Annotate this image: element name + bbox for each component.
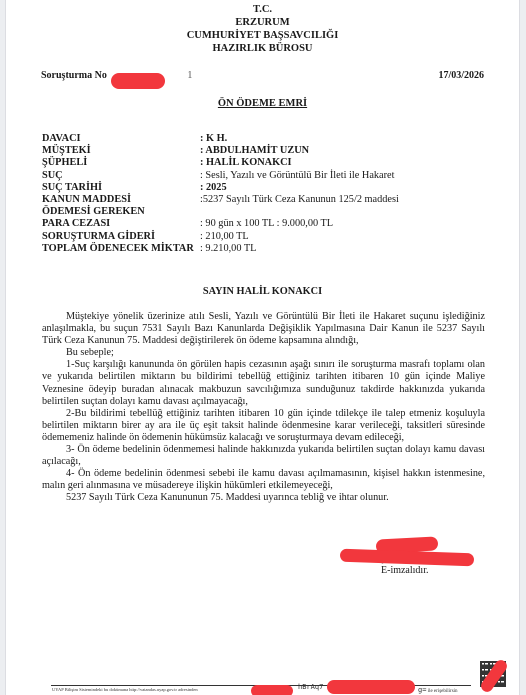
field-row: ŞÜPHELİ: HALİL KONAKCI [42, 157, 399, 169]
field-row: DAVACI: K H. [42, 133, 399, 145]
header-line-bureau: HAZIRLIK BÜROSU [6, 42, 519, 55]
field-label: TOPLAM ÖDENECEK MİKTAR [42, 243, 200, 255]
e-signature-note: E-imzalıdır. [381, 565, 429, 576]
header-line-office: CUMHURİYET BAŞSAVCILIĞI [6, 29, 519, 42]
field-label: DAVACI [42, 133, 200, 145]
body-paragraph: Müştekiye yönelik üzerinize atılı Sesli,… [42, 311, 485, 347]
field-label: MÜŞTEKİ [42, 145, 200, 157]
field-row: KANUN MADDESİ:5237 Sayılı Türk Ceza Kanu… [42, 194, 399, 206]
field-value: : 90 gün x 100 TL : 9.000,00 TL [200, 218, 333, 230]
body-paragraph: 4- Ön ödeme bedelinin ödenmesi sebebi il… [42, 468, 485, 492]
e-signature-text: E-imzalıdır. [381, 565, 429, 576]
field-label: PARA CEZASI [42, 218, 200, 230]
field-label: SUÇ TARİHİ [42, 182, 200, 194]
body-paragraph: 2-Bu bildirimi tebellüğ ettiğiniz tariht… [42, 408, 485, 444]
order-body: Müştekiye yönelik üzerinize atılı Sesli,… [42, 311, 485, 505]
field-label: SUÇ [42, 170, 200, 182]
document-page: T.C. ERZURUM CUMHURİYET BAŞSAVCILIĞI HAZ… [5, 0, 520, 695]
footer-code-end: g= [418, 686, 426, 694]
body-paragraph: 5237 Sayılı Türk Ceza Kanununun 75. Madd… [42, 492, 485, 504]
case-fields: DAVACI: K H.MÜŞTEKİ: ABDULHAMİT UZUNŞÜPH… [42, 133, 399, 255]
field-row: TOPLAM ÖDENECEK MİKTAR: 9.210,00 TL [42, 243, 399, 255]
header-line-tc: T.C. [6, 3, 519, 16]
field-row: ÖDEMESİ GEREKEN [42, 206, 399, 218]
field-label: ÖDEMESİ GEREKEN [42, 206, 200, 218]
investigation-label: Soruşturma No [41, 70, 107, 81]
footer-text: UYAP Bilişim Sistemindeki bu dokümana ht… [52, 687, 198, 692]
investigation-number-suffix: 1 [187, 70, 192, 81]
body-paragraph: 3- Ön ödeme bedelinin ödenmemesi halinde… [42, 444, 485, 468]
field-value: : 210,00 TL [200, 231, 249, 243]
investigation-number-redaction [111, 73, 165, 89]
investigation-row: Soruşturma No 1 17/03/2026 [41, 70, 484, 81]
field-value: : HALİL KONAKCI [200, 157, 292, 169]
field-label: SORUŞTURMA GİDERİ [42, 231, 200, 243]
header-line-city: ERZURUM [6, 16, 519, 29]
field-row: SORUŞTURMA GİDERİ: 210,00 TL [42, 231, 399, 243]
footer-suffix-text: ile erişebilirsin [428, 689, 458, 694]
field-value: : 2025 [200, 182, 227, 194]
field-value: :5237 Sayılı Türk Ceza Kanunun 125/2 mad… [200, 194, 399, 206]
field-label: ŞÜPHELİ [42, 157, 200, 169]
field-label: KANUN MADDESİ [42, 194, 200, 206]
footer-redaction-1 [251, 685, 293, 695]
body-paragraph: 1-Suç karşılığı kanununda ön görülen hap… [42, 359, 485, 407]
footer-suffix: g= ile erişebilirsin [418, 686, 458, 694]
document-title: ÖN ÖDEME EMRİ [6, 98, 519, 109]
footer-access-code: hBrAq7 [298, 683, 323, 691]
field-value: : Sesli, Yazılı ve Görüntülü Bir İleti i… [200, 170, 394, 182]
footer-redaction-2 [327, 680, 415, 694]
field-value: : K H. [200, 133, 227, 145]
field-row: SUÇ TARİHİ: 2025 [42, 182, 399, 194]
field-row: SUÇ: Sesli, Yazılı ve Görüntülü Bir İlet… [42, 170, 399, 182]
field-value: : ABDULHAMİT UZUN [200, 145, 309, 157]
body-paragraph: Bu sebeple; [42, 347, 485, 359]
field-row: PARA CEZASI: 90 gün x 100 TL : 9.000,00 … [42, 218, 399, 230]
field-value: : 9.210,00 TL [200, 243, 256, 255]
addressee: SAYIN HALİL KONAKCI [6, 286, 519, 297]
document-title-text: ÖN ÖDEME EMRİ [218, 98, 307, 109]
document-date: 17/03/2026 [438, 70, 484, 81]
field-row: MÜŞTEKİ: ABDULHAMİT UZUN [42, 145, 399, 157]
document-header: T.C. ERZURUM CUMHURİYET BAŞSAVCILIĞI HAZ… [6, 3, 519, 55]
